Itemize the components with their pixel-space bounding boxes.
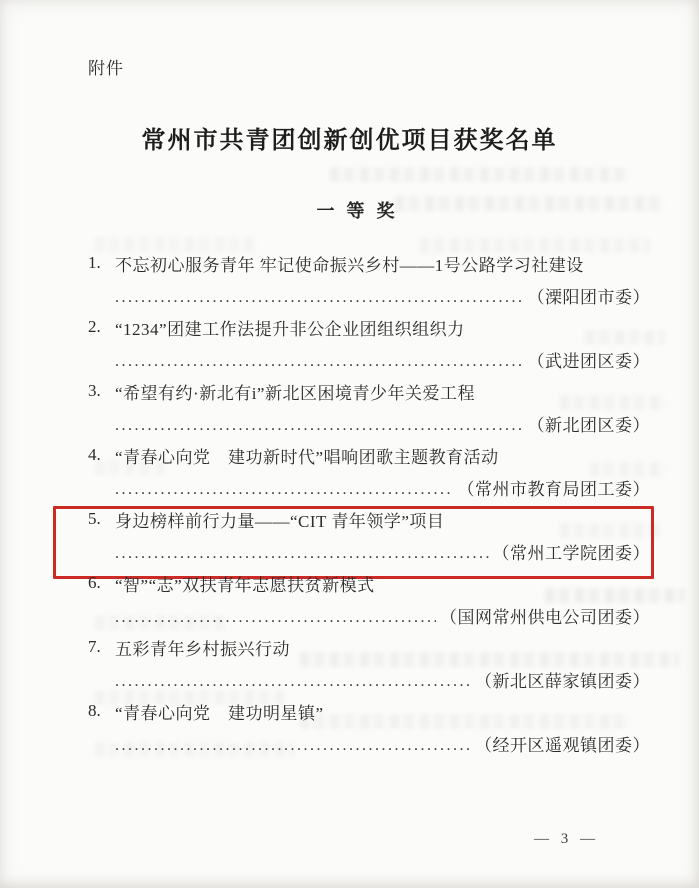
item-org: （新北团区委） [524, 411, 651, 436]
leader-dots [115, 343, 524, 375]
leader-dots [115, 279, 524, 311]
item-org: （溧阳团市委） [524, 283, 651, 308]
item-title: 身边榜样前行力量——“CIT 青年领学”项目 [115, 507, 444, 532]
document-page: 附件 常州市共青团创新创优项目获奖名单 一等奖 1. 不忘初心服务青年 牢记使命… [0, 0, 699, 888]
award-item-4: 4. “青春心向党 建功新时代”唱响团歌主题教育活动 （常州市教育局团工委） [88, 439, 650, 503]
award-item-3: 3. “希望有约·新北有i”新北区困境青少年关爱工程 （新北团区委） [88, 375, 650, 439]
award-item-7: 7. 五彩青年乡村振兴行动 （新北区薛家镇团委） [88, 631, 650, 695]
item-number: 4. [88, 445, 115, 465]
item-title: “青春心向党 建功明星镇” [115, 699, 324, 724]
item-title: “智”“志”双扶青年志愿扶贫新模式 [115, 571, 375, 596]
leader-dots [115, 727, 471, 759]
section-heading-first-prize: 一等奖 [12, 197, 699, 223]
leader-dots [115, 407, 524, 439]
item-title: 不忘初心服务青年 牢记使命振兴乡村——1号公路学习社建设 [115, 251, 584, 276]
leader-dots [115, 535, 489, 567]
item-org: （新北区薛家镇团委） [471, 667, 650, 692]
item-org: （常州工学院团委） [489, 539, 651, 564]
award-item-8: 8. “青春心向党 建功明星镇” （经开区遥观镇团委） [88, 695, 650, 759]
item-number: 7. [88, 637, 115, 657]
item-title: “希望有约·新北有i”新北区困境青少年关爱工程 [115, 379, 475, 404]
leader-dots [115, 663, 471, 695]
leader-dots [115, 471, 454, 503]
bleedthrough-smudge [330, 167, 630, 182]
item-number: 1. [88, 253, 115, 273]
item-number: 5. [88, 509, 115, 529]
item-number: 3. [88, 381, 115, 401]
attachment-label: 附件 [88, 54, 124, 79]
item-number: 6. [88, 573, 115, 593]
award-item-2: 2. “1234”团建工作法提升非公企业团组织组织力 （武进团区委） [88, 311, 650, 375]
leader-dots [115, 599, 436, 631]
item-title: “1234”团建工作法提升非公企业团组织组织力 [115, 315, 465, 340]
award-item-6: 6. “智”“志”双扶青年志愿扶贫新模式 （国网常州供电公司团委） [88, 567, 650, 631]
item-org: （武进团区委） [524, 347, 651, 372]
item-org: （国网常州供电公司团委） [436, 603, 650, 628]
item-title: “青春心向党 建功新时代”唱响团歌主题教育活动 [115, 443, 499, 468]
award-item-5: 5. 身边榜样前行力量——“CIT 青年领学”项目 （常州工学院团委） [88, 503, 650, 567]
item-org: （经开区遥观镇团委） [471, 731, 650, 756]
award-list: 1. 不忘初心服务青年 牢记使命振兴乡村——1号公路学习社建设 （溧阳团市委） … [88, 247, 650, 759]
item-title: 五彩青年乡村振兴行动 [115, 635, 290, 660]
item-number: 8. [88, 701, 115, 721]
item-number: 2. [88, 317, 115, 337]
item-org: （常州市教育局团工委） [454, 475, 651, 500]
page-number: — 3 — [534, 831, 599, 848]
award-item-1: 1. 不忘初心服务青年 牢记使命振兴乡村——1号公路学习社建设 （溧阳团市委） [88, 247, 650, 311]
document-title: 常州市共青团创新创优项目获奖名单 [0, 120, 699, 155]
